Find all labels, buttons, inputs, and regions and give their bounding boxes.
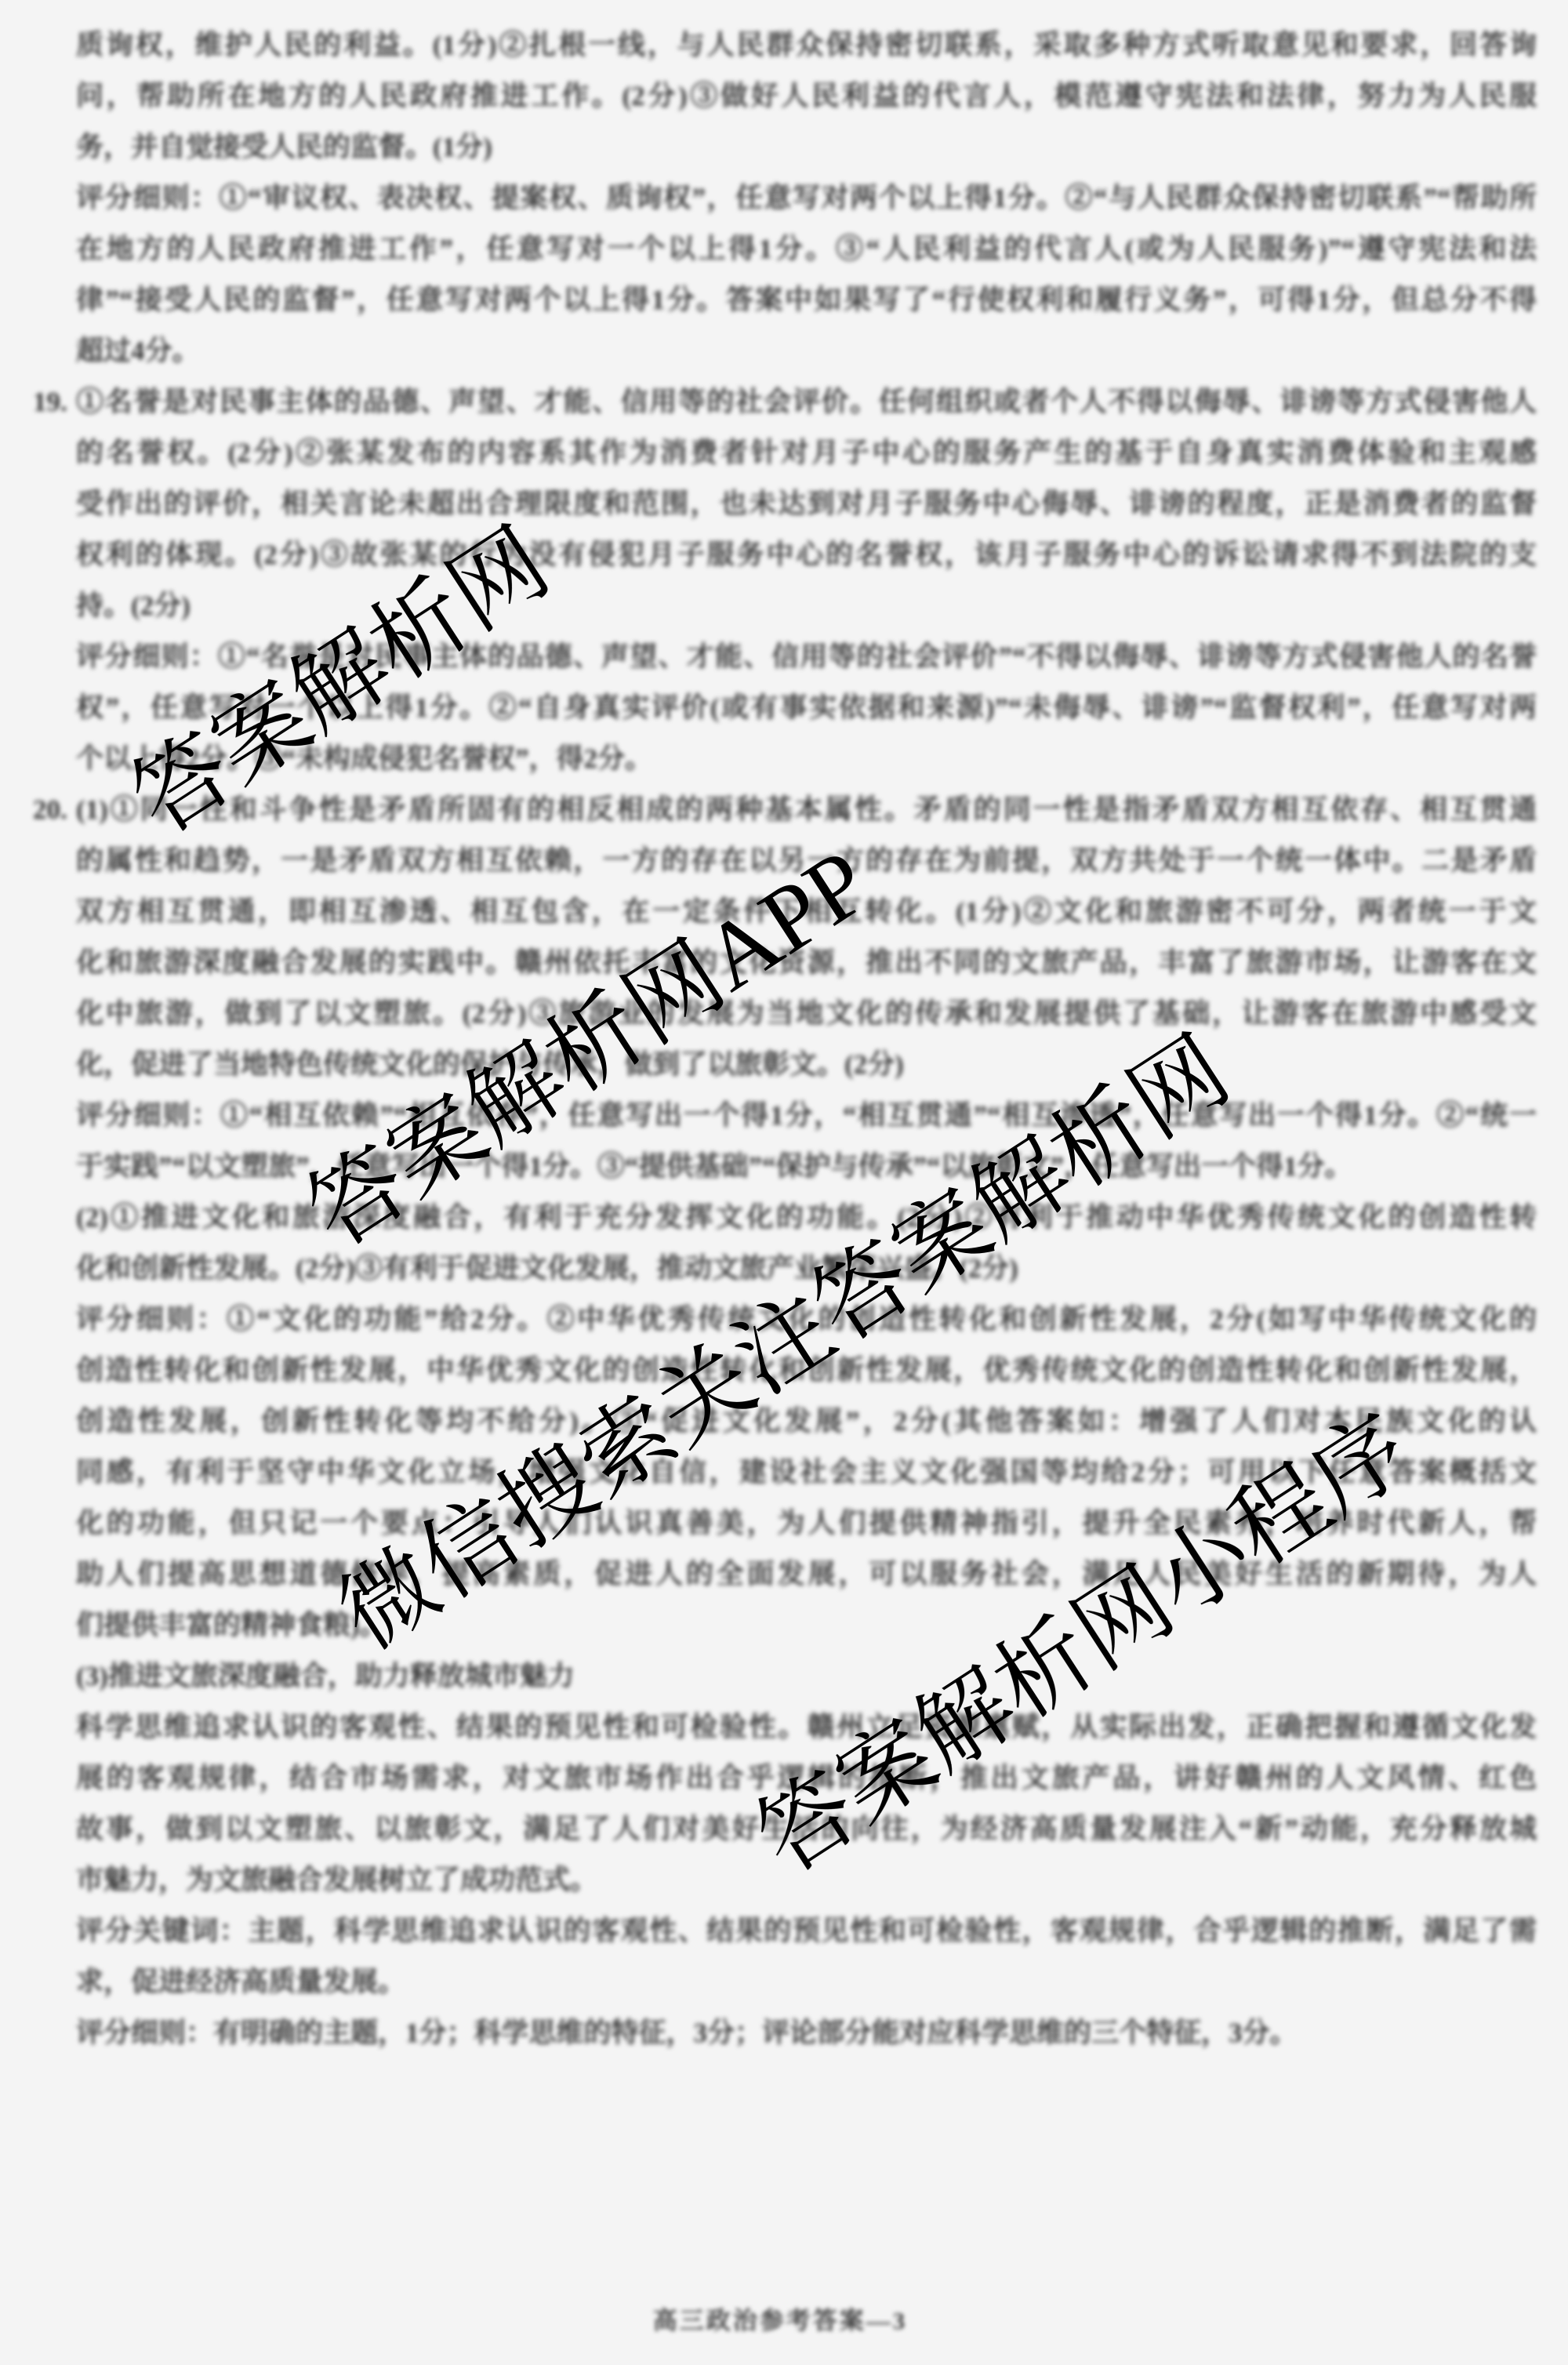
scoring-rule-line: 评分细则：①“相互依赖”“相互依存”，任意写出一个得1分，“相互贯通”“相互渗透…	[76, 1090, 1537, 1141]
answer-line: 务，并自觉接受人民的监督。(1分)	[76, 122, 1537, 173]
answer-line: 问，帮助所在地方的人民政府推进工作。(2分)③做好人民利益的代言人，模范遵守宪法…	[76, 71, 1537, 122]
answer-line: 质询权，维护人民的利益。(1分)②扎根一线，与人民群众保持密切联系，采取多种方式…	[76, 20, 1537, 71]
scoring-keyword-line: 求，促进经济高质量发展。	[76, 1956, 1537, 2007]
page-footer: 高三政治参考答案—3	[0, 2304, 1560, 2338]
scoring-rule-line: 评分细则：①“审议权、表决权、提案权、质询权”，任意写对两个以上得1分。②“与人…	[76, 173, 1537, 223]
scoring-rule-line: 们提供丰富的精神食粮)。	[76, 1600, 1537, 1651]
answer-line: (1)①同一性和斗争性是矛盾所固有的相反相成的两种基本属性。矛盾的同一性是指矛盾…	[76, 784, 1537, 835]
essay-title-line: (3)推进文旅深度融合，助力释放城市魅力	[76, 1651, 1537, 1702]
answer-line: 权利的体现。(2分)③故张某的行为没有侵犯月子服务中心的名誉权，该月子服务中心的…	[76, 529, 1537, 580]
answer-line: (2)①推进文化和旅游深度融合，有利于充分发挥文化的功能。(2分)②有利于推动中…	[76, 1192, 1537, 1243]
scoring-keyword-line: 评分关键词：主题，科学思维追求认识的客观性、结果的预见性和可检验性，客观规律，合…	[76, 1905, 1537, 1956]
answer-line: 科学思维追求认识的客观性、结果的预见性和可检验性。赣州立足资源禀赋，从实际出发，…	[76, 1702, 1537, 1753]
answer-line: 化，促进了当地特色传统文化的保护与传承，做到了以旅彰文。(2分)	[76, 1039, 1537, 1090]
answer-line: 的名誉权。(2分)②张某发布的内容系其作为消费者针对月子中心的服务产生的基于自身…	[76, 427, 1537, 478]
question-number-19: 19.	[33, 376, 74, 427]
answer-line: 化中旅游，做到了以文塑旅。(2分)③旅游业的发展为当地文化的传承和发展提供了基础…	[76, 988, 1537, 1039]
answer-document: 19. 20. 质询权，维护人民的利益。(1分)②扎根一线，与人民群众保持密切联…	[76, 20, 1537, 2058]
answer-line: ①名誉是对民事主体的品德、声望、才能、信用等的社会评价。任何组织或者个人不得以侮…	[76, 376, 1537, 427]
answer-line: 持。(2分)	[76, 580, 1537, 631]
scoring-rule-line: 评分细则：有明确的主题，1分；科学思维的特征，3分；评论部分能对应科学思维的三个…	[76, 2007, 1537, 2058]
answer-line: 受作出的评价，相关言论未超出合理限度和范围，也未达到对月子服务中心侮辱、诽谤的程…	[76, 478, 1537, 529]
scoring-rule-line: 在地方的人民政府推进工作”，任意写对一个以上得1分。③“人民利益的代言人(或为人…	[76, 223, 1537, 274]
scoring-rule-line: 助人们提高思想道德修养，提高素质，促进人的全面发展，可以服务社会，满足人民美好生…	[76, 1549, 1537, 1600]
scoring-rule-line: 律”“接受人民的监督”，任意写对两个以上得1分。答案中如果写了“行使权利和履行义…	[76, 274, 1537, 325]
scoring-rule-line: 超过4分。	[76, 325, 1537, 376]
question-number-20: 20.	[33, 784, 74, 835]
